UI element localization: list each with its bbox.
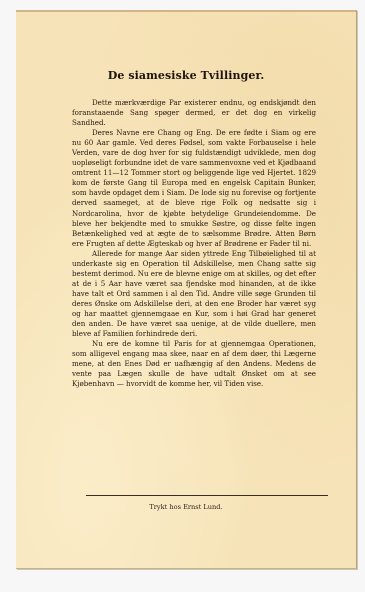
body-text: Dette mærkværdige Par existerer endnu, o… [72, 98, 316, 389]
page-edge [16, 10, 356, 12]
paragraph-4: Nu ere de komne til Paris for at gjennem… [72, 339, 316, 389]
divider-rule [86, 495, 328, 496]
document-title: De siamesiske Tvillinger. [16, 69, 356, 82]
printed-page: De siamesiske Tvillinger. Dette mærkværd… [16, 10, 357, 569]
paragraph-3: Allerede for mange Aar siden yttrede Eng… [72, 249, 316, 339]
paragraph-1: Dette mærkværdige Par existerer endnu, o… [72, 98, 316, 128]
printer-imprint: Trykt hos Ernst Lund. [16, 503, 356, 511]
paragraph-2: Deres Navne ere Chang og Eng. De ere fød… [72, 128, 316, 249]
